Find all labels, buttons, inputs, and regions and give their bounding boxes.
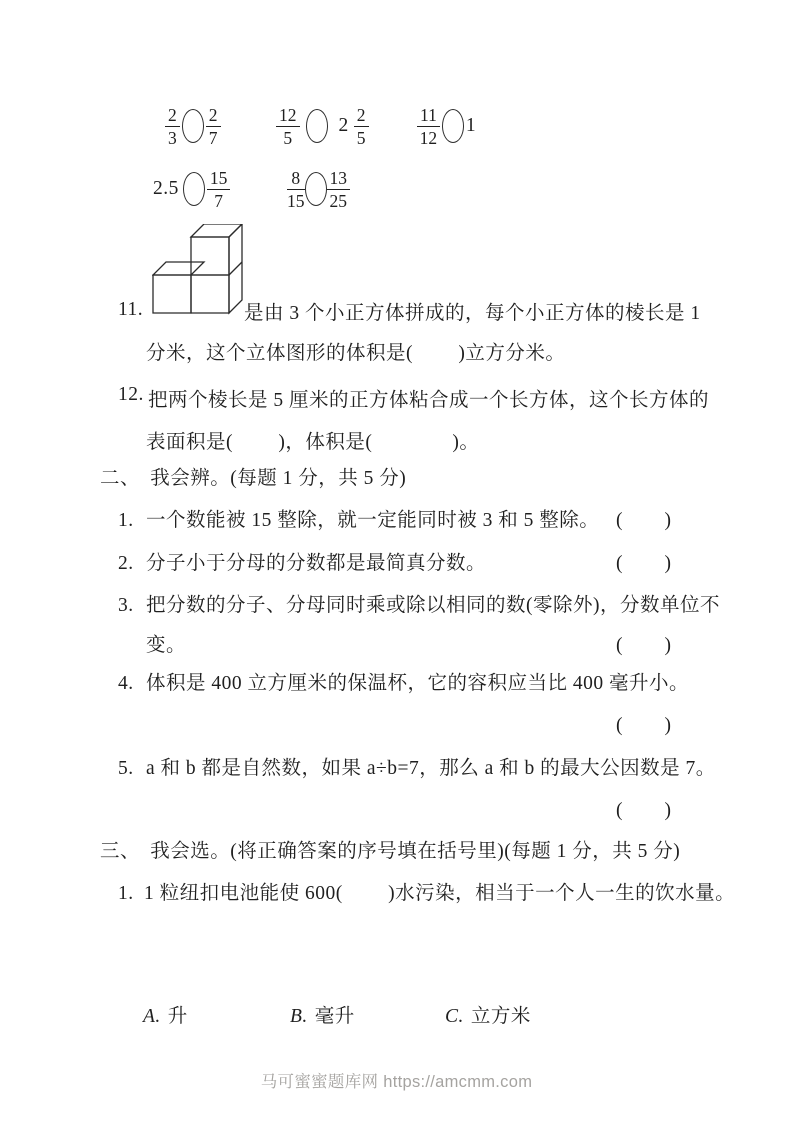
question-12-line2: 表面积是( )，体积是( )。 <box>146 426 479 454</box>
decimal-operand: 2.5 <box>153 178 179 200</box>
numerator: 2 <box>354 105 369 127</box>
numerator: 15 <box>207 168 231 190</box>
question-11-line1: 是由 3 个小正方体拼成的，每个小正方体的棱长是 1 <box>244 297 701 325</box>
comparison-circle <box>183 172 205 206</box>
numerator: 12 <box>276 105 300 127</box>
exam-page: 23 27 125 2 25 1112 1 2.5 157 815 1325 <box>0 0 793 1122</box>
question-number: 2. <box>118 553 146 575</box>
comparison-row-2: 2.5 157 815 1325 <box>0 166 793 212</box>
s2-q3-line1: 3.把分数的分子、分母同时乘或除以相同的数(零除外)，分数单位不 <box>118 589 720 617</box>
option-letter: A. <box>143 1006 161 1027</box>
comparison-item-4: 2.5 157 <box>153 166 230 212</box>
fraction: 815 <box>287 168 305 211</box>
s2-q4: 4.体积是 400 立方厘米的保温杯，它的容积应当比 400 毫升小。 <box>118 667 689 695</box>
comparison-row-1: 23 27 125 2 25 1112 1 <box>0 103 793 149</box>
denominator: 7 <box>206 127 221 148</box>
s2-q3-line2: 变。 <box>146 629 186 657</box>
comparison-circle <box>305 172 327 206</box>
option-a: A.升 <box>143 1000 188 1028</box>
comparison-item-3: 1112 1 <box>417 103 476 149</box>
numerator: 2 <box>206 105 221 127</box>
s2-q1-answer-blank: ( ) <box>616 504 672 532</box>
fraction: 27 <box>206 105 221 148</box>
question-12-line1: 把两个棱长是 5 厘米的正方体粘合成一个长方体，这个长方体的 <box>148 384 709 412</box>
question-text: 体积是 400 立方厘米的保温杯，它的容积应当比 400 毫升小。 <box>146 673 689 694</box>
denominator: 7 <box>207 190 231 211</box>
question-11-line2: 分米，这个立体图形的体积是( )立方分米。 <box>146 337 565 365</box>
question-text: 分子小于分母的分数都是最简真分数。 <box>146 553 486 574</box>
comparison-item-5: 815 1325 <box>287 166 350 212</box>
question-12-number: 12. <box>118 384 144 406</box>
fraction: 1325 <box>327 168 351 211</box>
site-watermark: 马可蜜蜜题库网 https://amcmm.com <box>0 1068 793 1092</box>
s2-q3-answer-blank: ( ) <box>616 629 672 657</box>
comparison-circle <box>306 109 328 143</box>
integer-operand: 1 <box>466 115 476 137</box>
three-cubes-figure <box>152 224 244 315</box>
mixed-number-whole: 2 <box>339 115 349 137</box>
s2-q1: 1.一个数能被 15 整除，就一定能同时被 3 和 5 整除。 <box>118 504 599 532</box>
comparison-item-1: 23 27 <box>165 103 221 149</box>
denominator: 25 <box>327 190 351 211</box>
question-text: a 和 b 都是自然数，如果 a÷b=7，那么 a 和 b 的最大公因数是 7。 <box>146 758 716 779</box>
numerator: 2 <box>165 105 180 127</box>
question-text: 一个数能被 15 整除，就一定能同时被 3 和 5 整除。 <box>146 510 599 531</box>
section-3-header: 三、 我会选。(将正确答案的序号填在括号里)(每题 1 分，共 5 分) <box>100 835 680 863</box>
fraction: 23 <box>165 105 180 148</box>
fraction: 1112 <box>417 105 440 148</box>
fraction: 25 <box>354 105 369 148</box>
comparison-circle <box>442 109 464 143</box>
numerator: 11 <box>417 105 440 127</box>
option-c: C.立方米 <box>445 1000 531 1028</box>
option-b: B.毫升 <box>290 1000 355 1028</box>
denominator: 15 <box>287 190 305 211</box>
question-number: 4. <box>118 673 146 695</box>
denominator: 12 <box>417 127 440 148</box>
numerator: 8 <box>287 168 305 190</box>
denominator: 3 <box>165 127 180 148</box>
section-2-header: 二、 我会辨。(每题 1 分，共 5 分) <box>100 462 406 490</box>
question-text: 把分数的分子、分母同时乘或除以相同的数(零除外)，分数单位不 <box>146 595 720 616</box>
option-text: 立方米 <box>471 1006 531 1027</box>
question-11-number: 11. <box>118 299 143 321</box>
denominator: 5 <box>354 127 369 148</box>
question-number: 1. <box>118 510 146 532</box>
fraction: 157 <box>207 168 231 211</box>
s2-q5-answer-blank: ( ) <box>616 794 672 822</box>
s2-q2-answer-blank: ( ) <box>616 547 672 575</box>
question-text: 1 粒纽扣电池能使 600( )水污染，相当于一个人一生的饮水量。 <box>144 883 735 904</box>
question-number: 5. <box>118 758 146 780</box>
option-text: 毫升 <box>315 1006 355 1027</box>
s2-q4-answer-blank: ( ) <box>616 709 672 737</box>
s2-q2: 2.分子小于分母的分数都是最简真分数。 <box>118 547 486 575</box>
s3-q1: 1.1 粒纽扣电池能使 600( )水污染，相当于一个人一生的饮水量。 <box>118 877 735 905</box>
fraction: 125 <box>276 105 300 148</box>
numerator: 13 <box>327 168 351 190</box>
question-number: 3. <box>118 595 146 617</box>
option-letter: B. <box>290 1006 308 1027</box>
option-text: 升 <box>168 1006 188 1027</box>
s2-q5: 5.a 和 b 都是自然数，如果 a÷b=7，那么 a 和 b 的最大公因数是 … <box>118 752 716 780</box>
denominator: 5 <box>276 127 300 148</box>
option-letter: C. <box>445 1006 464 1027</box>
question-number: 1. <box>118 883 144 905</box>
comparison-circle <box>182 109 204 143</box>
comparison-item-2: 125 2 25 <box>276 103 369 149</box>
